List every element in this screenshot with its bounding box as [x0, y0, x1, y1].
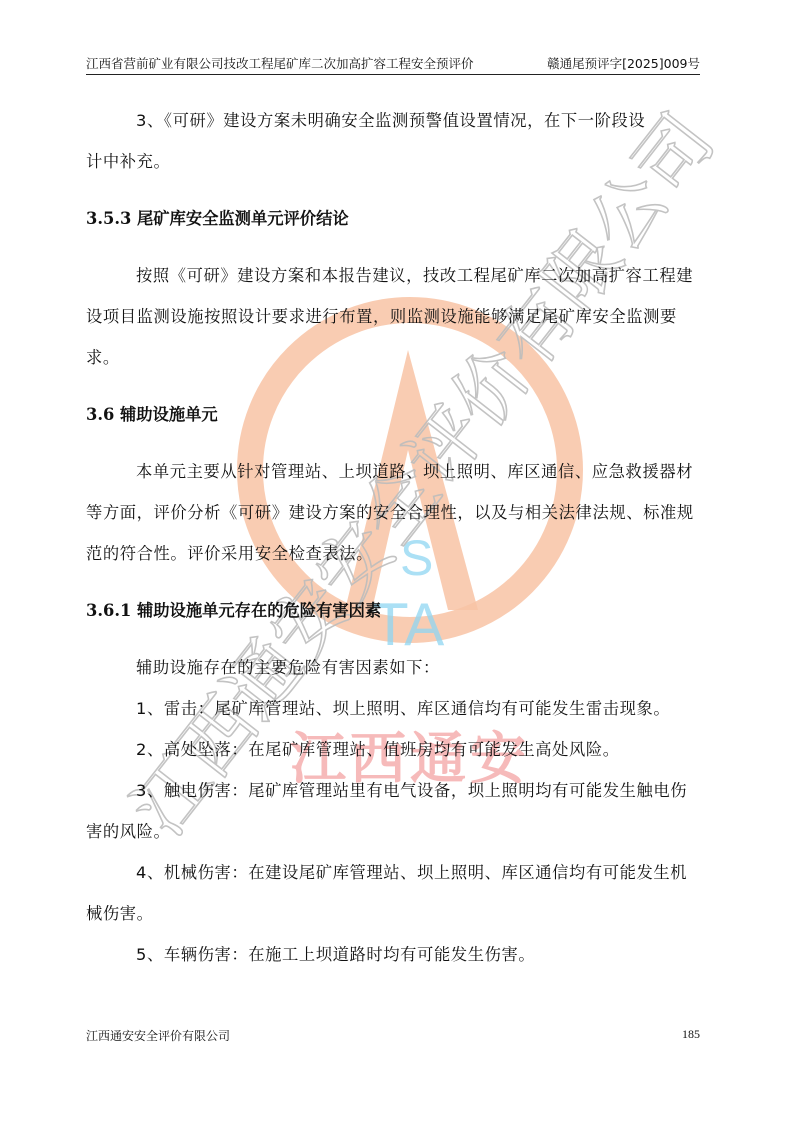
footer-company: 江西通安安全评价有限公司 [86, 1029, 230, 1043]
item-3-line2: 计中补充。 [86, 141, 700, 182]
heading-3-5-3: 3.5.3 尾矿库安全监测单元评价结论 [86, 198, 700, 239]
hazard-item: 2、高处坠落：在尾矿库管理站、值班房均有可能发生高处风险。 [86, 729, 700, 770]
paragraph-3-6: 本单元主要从针对管理站、上坝道路、坝上照明、库区通信、应急救援器材等方面，评价分… [86, 451, 700, 574]
document-number: 赣通尾预评字[2025]009号 [547, 56, 700, 72]
item-3-line1: 3、《可研》建设方案未明确安全监测预警值设置情况，在下一阶段设 [86, 100, 700, 141]
page-footer: 江西通安安全评价有限公司 185 [86, 1027, 700, 1044]
hazard-item: 1、雷击：尾矿库管理站、坝上照明、库区通信均有可能发生雷击现象。 [86, 688, 700, 729]
hazard-item: 3、触电伤害：尾矿库管理站里有电气设备，坝上照明均有可能发生触电伤害的风险。 [86, 770, 700, 852]
paragraph-3-5-3: 按照《可研》建设方案和本报告建议，技改工程尾矿库二次加高扩容工程建设项目监测设施… [86, 255, 700, 378]
hazard-intro: 辅助设施存在的主要危险有害因素如下： [86, 647, 700, 688]
heading-3-6: 3.6 辅助设施单元 [86, 394, 700, 435]
page-number: 185 [682, 1027, 700, 1042]
hazard-item: 4、机械伤害：在建设尾矿库管理站、坝上照明、库区通信均有可能发生机械伤害。 [86, 852, 700, 934]
hazard-item: 5、车辆伤害：在施工上坝道路时均有可能发生伤害。 [86, 934, 700, 975]
page-header: 江西省营前矿业有限公司技改工程尾矿库二次加高扩容工程安全预评价 赣通尾预评字[2… [86, 56, 700, 75]
document-body: 3、《可研》建设方案未明确安全监测预警值设置情况，在下一阶段设 计中补充。 3.… [86, 100, 700, 975]
report-title: 江西省营前矿业有限公司技改工程尾矿库二次加高扩容工程安全预评价 [86, 56, 474, 72]
heading-3-6-1: 3.6.1 辅助设施单元存在的危险有害因素 [86, 590, 700, 631]
